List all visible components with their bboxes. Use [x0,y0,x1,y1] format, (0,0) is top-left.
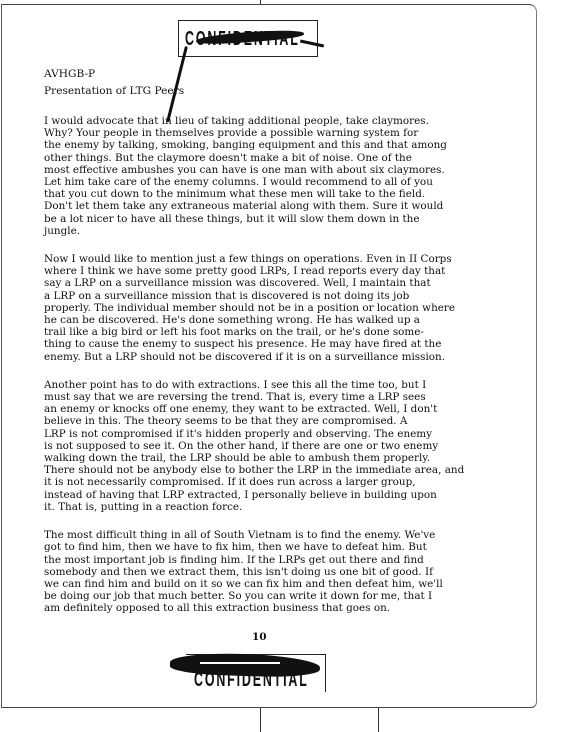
text-line: most effective ambushes you can have is … [44,164,494,176]
text-line: a LRP on a surveillance mission that is … [44,290,494,302]
paragraph: Now I would like to mention just a few t… [44,253,494,363]
text-line: somebody and then we extract them, this … [44,566,494,578]
text-line: the enemy by talking, smoking, banging e… [44,139,494,151]
text-line: thing to cause the enemy to suspect his … [44,338,494,350]
text-line: trail like a big bird or left his foot m… [44,326,494,338]
text-line: There should not be anybody else to both… [44,464,494,476]
paragraph: Another point has to do with extractions… [44,379,494,513]
text-line: an enemy or knocks off one enemy, they w… [44,403,494,415]
text-line: be doing our job that much better. So yo… [44,590,494,602]
text-line: the most important job is finding him. I… [44,554,494,566]
paragraph: The most difficult thing in all of South… [44,529,494,614]
scan-artifact [260,708,261,732]
text-line: believe in this. The theory seems to be … [44,415,494,427]
text-line: other things. But the claymore doesn't m… [44,152,494,164]
document-body: AVHGB-P Presentation of LTG Peers I woul… [44,66,494,615]
text-line: Another point has to do with extractions… [44,379,494,391]
text-line: say a LRP on a surveillance mission was … [44,277,494,289]
text-line: be a lot nicer to have all these things,… [44,213,494,225]
text-line: it. That is, putting in a reaction force… [44,501,494,513]
redaction-scribble-highlight [200,662,280,664]
text-line: enemy. But a LRP should not be discovere… [44,351,494,363]
text-line: he can be discovered. He's done somethin… [44,314,494,326]
text-line: Why? Your people in themselves provide a… [44,127,494,139]
page-number: 10 [252,631,267,643]
text-line: properly. The individual member should n… [44,302,494,314]
text-line: that you cut down to the minimum what th… [44,188,494,200]
text-line: Let him take care of the enemy columns. … [44,176,494,188]
text-line: got to find him, then we have to fix him… [44,541,494,553]
text-line: is not supposed to see it. On the other … [44,440,494,452]
text-line: am definitely opposed to all this extrac… [44,602,494,614]
scan-artifact [260,0,261,5]
text-line: it is not necessarily compromised. If it… [44,476,494,488]
subject-line: Presentation of LTG Peers [44,83,494,100]
text-line: I would advocate that in lieu of taking … [44,115,494,127]
text-line: Now I would like to mention just a few t… [44,253,494,265]
text-line: must say that we are reversing the trend… [44,391,494,403]
text-line: The most difficult thing in all of South… [44,529,494,541]
text-line: where I think we have some pretty good L… [44,265,494,277]
scan-artifact [378,708,379,732]
text-line: LRP is not compromised if it's hidden pr… [44,428,494,440]
paragraph: I would advocate that in lieu of taking … [44,115,494,237]
text-line: jungle. [44,225,494,237]
text-line: Don't let them take any extraneous mater… [44,200,494,212]
text-line: instead of having that LRP extracted, I … [44,489,494,501]
text-line: walking down the trail, the LRP should b… [44,452,494,464]
office-symbol: AVHGB-P [44,66,494,83]
text-line: we can find him and build on it so we ca… [44,578,494,590]
